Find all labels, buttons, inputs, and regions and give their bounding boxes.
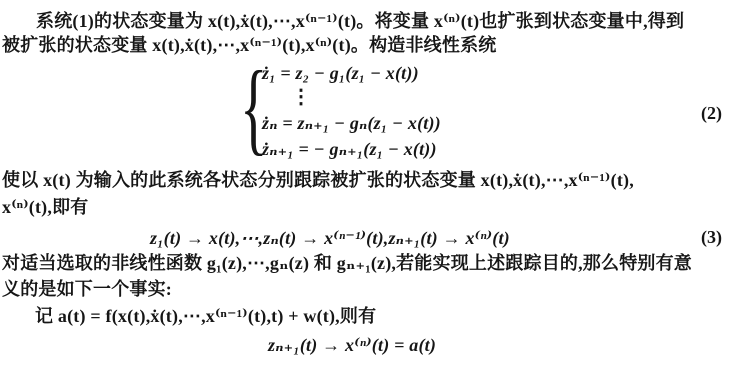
equation-2-row-1: ż₁ = z₂ − g₁(z₁ − x(t)) [262, 62, 419, 85]
paragraph2-line2: x⁽ⁿ⁾(t),即有 [2, 196, 88, 219]
equation-3-body: z₁(t) → x(t),⋯,zₙ(t) → x⁽ⁿ⁻¹⁾(t),zₙ₊₁(t)… [150, 227, 510, 250]
paragraph3-line2: 义的是如下一个事实: [2, 278, 172, 301]
paragraph3-line1: 对适当选取的非线性函数 g₁(z),⋯,gₙ(z) 和 gₙ₊₁(z),若能实现… [2, 252, 692, 275]
paragraph3-line3: 记 a(t) = f(x(t),ẋ(t),⋯,x⁽ⁿ⁻¹⁾(t),t) + w(… [35, 305, 376, 328]
equation-2-row-3: żₙ₊₁ = − gₙ₊₁(z₁ − x(t)) [262, 138, 437, 161]
paragraph1-line1: 系统(1)的状态变量为 x(t),ẋ(t),⋯,x⁽ⁿ⁻¹⁾(t)。将变量 x⁽… [36, 10, 684, 33]
equation-3-number: (3) [701, 227, 722, 248]
paragraph2-line1: 使以 x(t) 为输入的此系统各状态分别跟踪被扩张的状态变量 x(t),ẋ(t)… [2, 169, 634, 192]
equation-2-number: (2) [701, 103, 722, 124]
vertical-dots: ⋮ [291, 84, 311, 109]
equation-2-row-2: żₙ = zₙ₊₁ − gₙ(z₁ − x(t)) [262, 112, 441, 135]
equation-4-body: zₙ₊₁(t) → x⁽ⁿ⁾(t) = a(t) [268, 334, 436, 357]
paper-page: 系统(1)的状态变量为 x(t),ẋ(t),⋯,x⁽ⁿ⁻¹⁾(t)。将变量 x⁽… [0, 0, 736, 370]
